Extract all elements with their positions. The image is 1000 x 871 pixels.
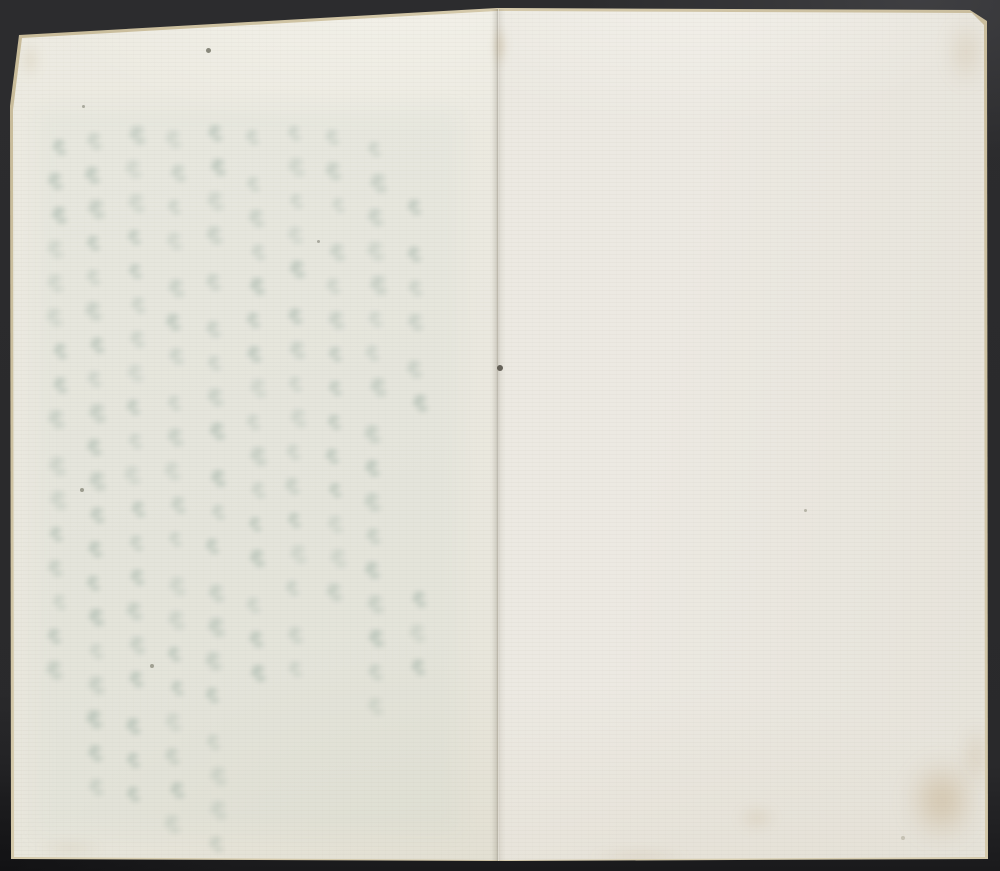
bleed-glyph [362,343,381,363]
bleed-glyph [161,460,183,483]
bleed-glyph [164,426,186,449]
bleed-glyph [367,172,390,196]
speck [82,105,85,108]
bleed-glyph [287,192,305,211]
bleed-glyph [287,543,309,566]
bleed-glyph [209,503,228,523]
bleed-glyph [124,751,142,770]
bleed-glyph [121,464,143,487]
bleed-glyph [84,437,104,458]
bleed-glyph [124,398,143,418]
bleed-text-column [362,138,386,729]
bleed-glyph [327,242,348,264]
bleed-glyph [405,312,425,333]
bleed-glyph [285,156,307,179]
bleed-glyph [51,342,70,362]
bleed-glyph [285,306,305,326]
bleed-text-column [202,122,226,867]
bleed-glyph [284,224,305,246]
bleed-glyph [244,175,262,194]
bleed-glyph [205,616,228,640]
bleed-glyph [125,192,147,215]
bleed-glyph [85,198,108,222]
bleed-glyph [409,589,428,609]
bleed-glyph [203,272,223,293]
bleed-glyph [203,319,223,340]
bleed-glyph [86,402,108,425]
bleed-glyph [128,295,148,315]
bleed-glyph [168,163,189,185]
bleed-text-column [404,196,428,426]
bleed-glyph [82,300,104,323]
bleed-text-column [82,130,106,823]
stain [24,838,116,858]
bleed-glyph [243,595,262,615]
bleed-glyph [46,455,69,479]
bleed-glyph [85,370,104,390]
bleed-glyph [283,442,302,462]
book-scan [0,0,1000,871]
bleed-glyph [162,746,182,767]
bleed-glyph [404,197,423,217]
bleed-glyph [126,634,147,656]
bleed-glyph [50,375,69,395]
bleed-glyph [406,622,427,644]
bleed-glyph [246,629,266,650]
bleed-glyph [248,242,267,262]
bleed-glyph [361,491,383,514]
bleed-glyph [126,432,145,452]
bleed-glyph [163,230,184,252]
bleed-text-column [282,122,306,692]
bleed-glyph [361,423,383,446]
bleed-glyph [204,190,227,214]
bleed-glyph [245,207,267,230]
bleed-glyph [83,267,102,287]
bleed-glyph [363,526,383,547]
bleed-glyph [323,276,342,296]
bleed-glyph [202,650,224,673]
bleed-glyph [282,476,302,497]
bleed-glyph [248,480,268,500]
bleed-glyph [246,515,264,534]
bleed-glyph [202,536,221,556]
bleed-glyph [325,413,344,433]
bleed-glyph [50,593,68,612]
bleed-glyph [84,234,102,253]
bleed-glyph [326,345,344,364]
bleed-glyph [285,625,305,646]
stain [894,742,990,858]
bleed-glyph [123,600,145,623]
bleed-glyph [286,258,307,280]
bleed-text-column [162,128,186,847]
bleed-glyph [365,662,385,683]
bleed-glyph [44,238,66,261]
bleed-glyph [125,228,144,248]
bleed-glyph [85,743,105,764]
bleed-glyph [243,128,261,147]
bleed-glyph [127,567,147,587]
bleed-glyph [205,354,223,373]
bleed-glyph [287,407,309,430]
bleed-glyph [364,240,387,264]
bleed-glyph [124,785,142,804]
bleed-text-column [404,588,428,703]
bleed-glyph [322,160,344,183]
speck [80,488,84,492]
bleed-glyph [161,813,183,836]
bleed-glyph [167,780,187,800]
bleed-glyph [43,659,65,682]
speck [804,509,807,512]
bleed-glyph [208,157,228,178]
bleed-glyph [43,306,65,329]
bleed-glyph [285,511,304,531]
bleed-glyph [204,386,226,409]
bleed-text-column [44,136,68,693]
bleed-glyph [162,128,184,151]
bleed-glyph [128,499,147,519]
bleed-glyph [323,128,342,148]
bleed-glyph [410,393,430,414]
bleed-glyph [208,468,228,489]
bleed-text-column [122,124,146,817]
bleed-glyph [87,505,107,525]
bleed-glyph [166,346,186,367]
bleed-glyph [44,272,66,295]
bleed-glyph [248,663,268,684]
bleed-glyph [329,196,347,215]
bleed-glyph [122,158,144,181]
bleed-glyph [86,607,107,629]
stain [731,802,783,834]
bleed-glyph [49,205,70,227]
bleed-glyph [49,137,68,157]
bleed-glyph [283,579,301,598]
bleed-glyph [45,171,65,192]
bleed-glyph [364,206,385,228]
bleed-glyph [83,708,105,731]
bleed-glyph [244,311,263,331]
bleed-glyph [84,574,102,593]
bleed-glyph [165,609,187,632]
bleed-glyph [286,375,305,395]
bleed-glyph [408,657,427,677]
bleed-glyph [87,642,105,661]
bleed-glyph [165,645,183,664]
speck [206,48,211,53]
bleed-glyph [364,593,386,616]
bleed-glyph [123,716,143,737]
bleed-glyph [86,470,108,493]
bleed-glyph [165,198,183,217]
bleed-glyph [168,679,186,698]
bleed-glyph [246,547,267,569]
bleed-glyph [325,309,346,331]
bleed-glyph [202,685,221,705]
bleed-glyph [45,627,64,647]
bleed-glyph [84,131,104,152]
bleed-glyph [244,344,264,365]
bleed-glyph [126,124,148,147]
bleed-glyph [47,489,69,512]
bleed-glyph [124,362,145,384]
bleed-glyph [207,799,229,822]
bleed-glyph [206,420,227,442]
bleed-glyph [165,277,187,300]
bleed-glyph [286,660,305,680]
bleed-glyph [323,447,342,467]
bleed-glyph [247,445,270,469]
speck [901,836,905,840]
bleed-glyph [203,224,225,247]
bleed-glyph [364,695,385,717]
bleed-glyph [85,674,107,697]
bleedthrough-tint [36,108,460,834]
speck [150,664,154,668]
bleed-glyph [205,582,226,604]
bleed-glyph [367,274,390,298]
bleed-glyph [324,513,345,535]
bleed-glyph [205,123,225,144]
bleed-glyph [126,262,144,281]
bleed-glyph [163,312,183,333]
bleed-glyph [323,581,345,604]
bleed-glyph [406,279,425,299]
bleed-glyph [404,359,425,381]
bleed-glyph [86,777,106,798]
bleed-glyph [366,628,387,650]
bleed-glyph [287,340,308,362]
bleed-glyph [326,481,344,500]
bleed-glyph [247,377,269,400]
bleed-text-column [242,126,266,696]
bleed-glyph [207,765,229,788]
bleed-glyph [85,539,105,559]
bleed-glyph [362,458,382,479]
bleed-text-column [322,126,346,615]
bleed-glyph [285,124,303,143]
bleed-glyph [366,310,385,330]
bleed-glyph [166,530,184,549]
bleed-glyph [47,525,65,544]
bleed-glyph [367,376,389,399]
bleed-glyph [166,575,189,599]
bleed-glyph [165,394,183,413]
bleed-glyph [243,412,262,432]
bleed-glyph [82,165,103,187]
bleed-glyph [168,495,189,517]
bleed-glyph [247,276,268,298]
bleed-glyph [206,834,226,854]
bleed-glyph [326,379,344,398]
bleed-glyph [126,533,145,553]
bleed-glyph [126,669,145,689]
bleed-glyph [327,547,349,570]
bleed-glyph [365,140,383,159]
speck [317,240,320,243]
bleed-glyph [162,711,184,734]
bleed-glyph [45,558,65,579]
bleed-glyph [405,245,424,265]
bleed-glyph [362,560,383,582]
bleed-glyph [203,732,222,752]
bleed-glyph [45,408,67,431]
bleed-glyph [127,329,147,350]
bleed-glyph [87,335,106,355]
